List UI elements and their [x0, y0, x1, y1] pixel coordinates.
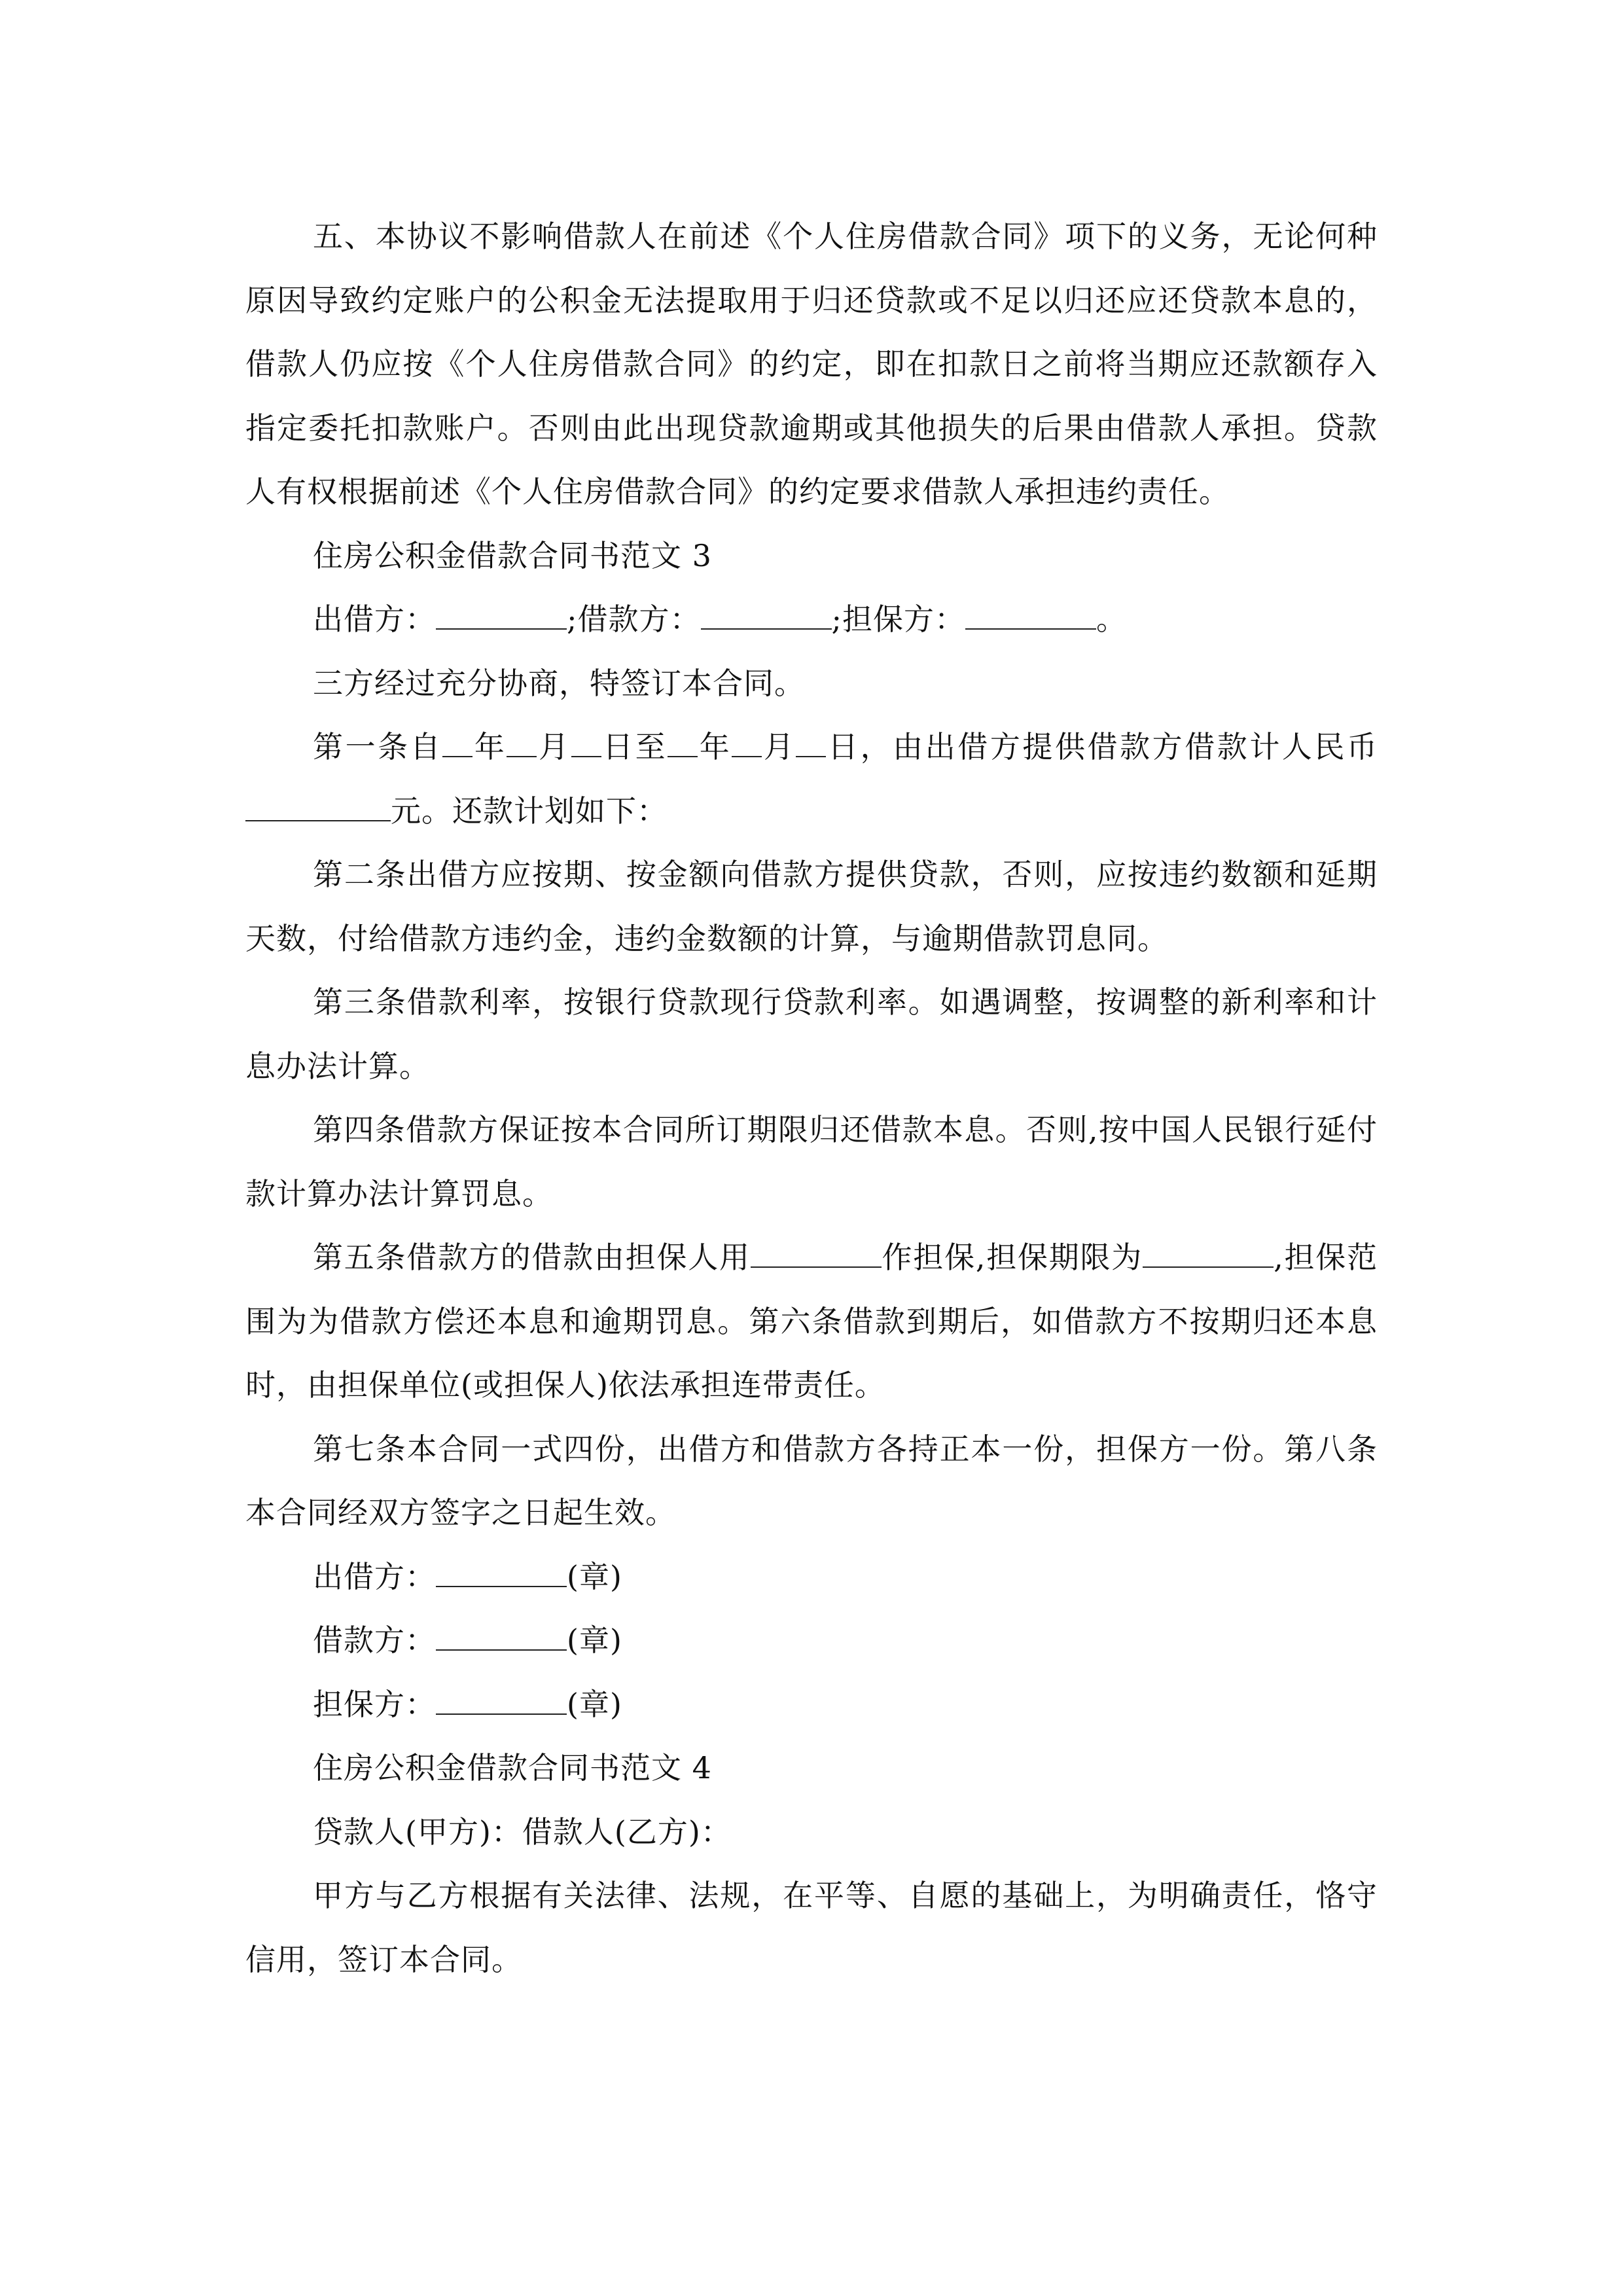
section-heading-sample-4: 住房公积金借款合同书范文 4: [245, 1736, 1378, 1801]
article-1-text: 月: [762, 729, 796, 764]
borrower-blank: [701, 602, 832, 630]
article-1-text: 年: [473, 729, 507, 764]
signature-guarantor: 担保方：(章): [245, 1673, 1378, 1737]
blank-month: [732, 730, 762, 757]
blank-year: [442, 730, 473, 757]
article-1-text: 第一条自: [313, 729, 442, 764]
seal-mark: (章): [567, 1687, 622, 1722]
article-1-text: 元。还款计划如下：: [391, 793, 668, 829]
signature-label: 出借方：: [313, 1559, 436, 1594]
document-page: 五、本协议不影响借款人在前述《个人住房借款合同》项下的义务，无论何种原因导致约定…: [245, 205, 1378, 1992]
signature-lender: 出借方：(章): [245, 1545, 1378, 1609]
blank-day: [796, 730, 826, 757]
article-1-text: 日，由出借方提供借款方借款计人民币: [826, 729, 1378, 764]
signature-blank: [436, 1623, 567, 1651]
article-1: 第一条自年月日至年月日，由出借方提供借款方借款计人民币元。还款计划如下：: [245, 715, 1378, 843]
blank-year: [668, 730, 698, 757]
guarantor-label: ;担保方：: [832, 601, 966, 637]
article-2: 第二条出借方应按期、按金额向借款方提供贷款，否则，应按违约数额和延期天数，付给借…: [245, 843, 1378, 971]
guarantor-blank: [965, 602, 1096, 630]
borrower-label: ;借款方：: [567, 601, 701, 637]
parties-line: 出借方：;借款方：;担保方：。: [245, 588, 1378, 652]
article-5-text: 第五条借款方的借款由担保人用: [313, 1240, 751, 1275]
signature-blank: [436, 1687, 567, 1715]
article-1-text: 日至: [601, 729, 668, 764]
article-3: 第三条借款利率，按银行贷款现行贷款利率。如遇调整，按调整的新利率和计息办法计算。: [245, 971, 1378, 1098]
parties-line-4: 贷款人(甲方)：借款人(乙方)：: [245, 1801, 1378, 1865]
blank-collateral: [751, 1240, 882, 1268]
article-4: 第四条借款方保证按本合同所订期限归还借款本息。否则,按中国人民银行延付款计算办法…: [245, 1098, 1378, 1226]
article-5-text: 作担保,担保期限为: [882, 1240, 1143, 1275]
signature-label: 担保方：: [313, 1687, 436, 1722]
seal-mark: (章): [567, 1623, 622, 1658]
blank-amount: [245, 794, 391, 821]
seal-mark: (章): [567, 1559, 622, 1594]
article-1-text: 年: [698, 729, 732, 764]
section-heading-sample-3: 住房公积金借款合同书范文 3: [245, 524, 1378, 588]
paragraph-consultation: 三方经过充分协商，特签订本合同。: [245, 652, 1378, 716]
blank-month: [507, 730, 537, 757]
parties-end: 。: [1096, 601, 1127, 637]
article-1-text: 月: [537, 729, 571, 764]
article-5-6: 第五条借款方的借款由担保人用作担保,担保期限为,担保范围为为借款方偿还本息和逾期…: [245, 1226, 1378, 1418]
blank-day: [571, 730, 601, 757]
signature-blank: [436, 1560, 567, 1587]
blank-guarantee-period: [1143, 1240, 1274, 1268]
signature-label: 借款方：: [313, 1623, 436, 1658]
paragraph-preamble-4: 甲方与乙方根据有关法律、法规，在平等、自愿的基础上，为明确责任，恪守信用，签订本…: [245, 1864, 1378, 1992]
lender-blank: [436, 602, 567, 630]
signature-borrower: 借款方：(章): [245, 1609, 1378, 1673]
paragraph-clause-five: 五、本协议不影响借款人在前述《个人住房借款合同》项下的义务，无论何种原因导致约定…: [245, 205, 1378, 524]
article-7-8: 第七条本合同一式四份，出借方和借款方各持正本一份，担保方一份。第八条本合同经双方…: [245, 1418, 1378, 1545]
lender-label: 出借方：: [313, 601, 436, 637]
